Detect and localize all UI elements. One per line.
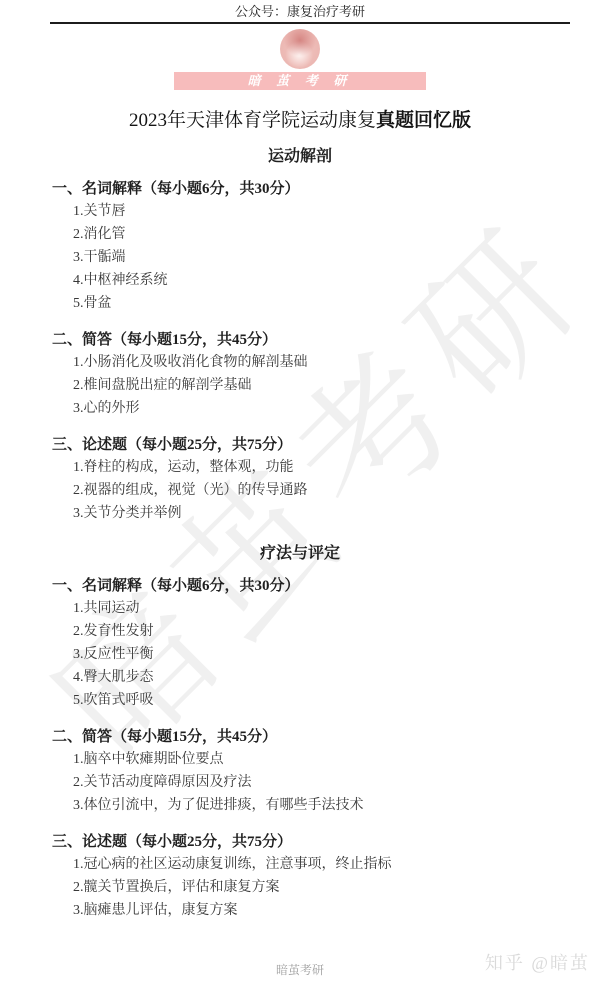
exam-item: 2.髋关节置换后，评估和康复方案 — [73, 876, 600, 899]
question-block: 三、论述题（每小题25分，共75分） 1.脊柱的构成，运动，整体观，功能2.视器… — [0, 434, 600, 525]
exam-item: 3.心的外形 — [73, 397, 600, 420]
avatar — [280, 29, 320, 69]
question-block-heading: 二、简答（每小题15分，共45分） — [52, 329, 600, 351]
exam-item: 4.臀大肌步态 — [73, 666, 600, 689]
exam-section: 运动解剖 一、名词解释（每小题6分，共30分） 1.关节唇2.消化管3.干骺端4… — [0, 146, 600, 525]
exam-sections: 运动解剖 一、名词解释（每小题6分，共30分） 1.关节唇2.消化管3.干骺端4… — [0, 146, 600, 922]
question-block-heading: 二、简答（每小题15分，共45分） — [52, 726, 600, 748]
exam-item: 1.冠心病的社区运动康复训练，注意事项，终止指标 — [73, 853, 600, 876]
section-blocks: 一、名词解释（每小题6分，共30分） 1.关节唇2.消化管3.干骺端4.中枢神经… — [0, 178, 600, 525]
exam-item: 1.关节唇 — [73, 200, 600, 223]
exam-item: 2.发育性发射 — [73, 620, 600, 643]
question-block: 一、名词解释（每小题6分，共30分） 1.共同运动2.发育性发射3.反应性平衡4… — [0, 575, 600, 712]
page-title-regular: 2023年天津体育学院运动康复 — [129, 110, 376, 131]
question-list: 1.小肠消化及吸收消化食物的解剖基础2.椎间盘脱出症的解剖学基础3.心的外形 — [73, 351, 600, 420]
exam-item: 3.干骺端 — [73, 246, 600, 269]
brand-banner: 暗 茧 考 研 — [174, 72, 426, 90]
question-list: 1.关节唇2.消化管3.干骺端4.中枢神经系统5.骨盆 — [73, 200, 600, 315]
page-title-bold: 真题回忆版 — [376, 110, 471, 131]
brand-banner-label: 暗 茧 考 研 — [248, 73, 353, 88]
question-list: 1.脑卒中软瘫期卧位要点2.关节活动度障碍原因及疗法3.体位引流中，为了促进排痰… — [73, 748, 600, 817]
exam-item: 5.吹笛式呼吸 — [73, 689, 600, 712]
exam-item: 1.脊柱的构成，运动，整体观，功能 — [73, 456, 600, 479]
exam-item: 3.关节分类并举例 — [73, 502, 600, 525]
exam-item: 1.脑卒中软瘫期卧位要点 — [73, 748, 600, 771]
exam-item: 5.骨盆 — [73, 292, 600, 315]
question-block: 二、简答（每小题15分，共45分） 1.小肠消化及吸收消化食物的解剖基础2.椎间… — [0, 329, 600, 420]
question-block-heading: 三、论述题（每小题25分，共75分） — [52, 434, 600, 456]
section-blocks: 一、名词解释（每小题6分，共30分） 1.共同运动2.发育性发射3.反应性平衡4… — [0, 575, 600, 922]
document-content: 公众号：康复治疗考研 暗 茧 考 研 2023年天津体育学院运动康复真题回忆版 … — [0, 0, 600, 922]
question-block-heading: 一、名词解释（每小题6分，共30分） — [52, 575, 600, 597]
exam-item: 2.视器的组成，视觉（光）的传导通路 — [73, 479, 600, 502]
exam-section: 疗法与评定 一、名词解释（每小题6分，共30分） 1.共同运动2.发育性发射3.… — [0, 543, 600, 922]
exam-item: 2.消化管 — [73, 223, 600, 246]
section-subtitle: 疗法与评定 — [0, 543, 600, 565]
question-block-heading: 一、名词解释（每小题6分，共30分） — [52, 178, 600, 200]
document-page: 暗茧考研 公众号：康复治疗考研 暗 茧 考 研 2023年天津体育学院运动康复真… — [0, 0, 600, 991]
exam-item: 2.关节活动度障碍原因及疗法 — [73, 771, 600, 794]
wechat-account-label: 公众号：康复治疗考研 — [0, 0, 600, 20]
header-rule — [50, 22, 570, 24]
zhihu-watermark-label: 知乎 @暗茧 — [485, 949, 590, 975]
question-list: 1.冠心病的社区运动康复训练，注意事项，终止指标2.髋关节置换后，评估和康复方案… — [73, 853, 600, 922]
exam-item: 4.中枢神经系统 — [73, 269, 600, 292]
exam-item: 3.体位引流中，为了促进排痰，有哪些手法技术 — [73, 794, 600, 817]
question-block: 一、名词解释（每小题6分，共30分） 1.关节唇2.消化管3.干骺端4.中枢神经… — [0, 178, 600, 315]
question-block: 二、简答（每小题15分，共45分） 1.脑卒中软瘫期卧位要点2.关节活动度障碍原… — [0, 726, 600, 817]
question-list: 1.脊柱的构成，运动，整体观，功能2.视器的组成，视觉（光）的传导通路3.关节分… — [73, 456, 600, 525]
question-list: 1.共同运动2.发育性发射3.反应性平衡4.臀大肌步态5.吹笛式呼吸 — [73, 597, 600, 712]
exam-item: 3.反应性平衡 — [73, 643, 600, 666]
question-block: 三、论述题（每小题25分，共75分） 1.冠心病的社区运动康复训练，注意事项，终… — [0, 831, 600, 922]
section-subtitle: 运动解剖 — [0, 146, 600, 168]
page-title: 2023年天津体育学院运动康复真题回忆版 — [0, 108, 600, 134]
question-block-heading: 三、论述题（每小题25分，共75分） — [52, 831, 600, 853]
exam-item: 2.椎间盘脱出症的解剖学基础 — [73, 374, 600, 397]
exam-item: 1.小肠消化及吸收消化食物的解剖基础 — [73, 351, 600, 374]
exam-item: 3.脑瘫患儿评估，康复方案 — [73, 899, 600, 922]
exam-item: 1.共同运动 — [73, 597, 600, 620]
